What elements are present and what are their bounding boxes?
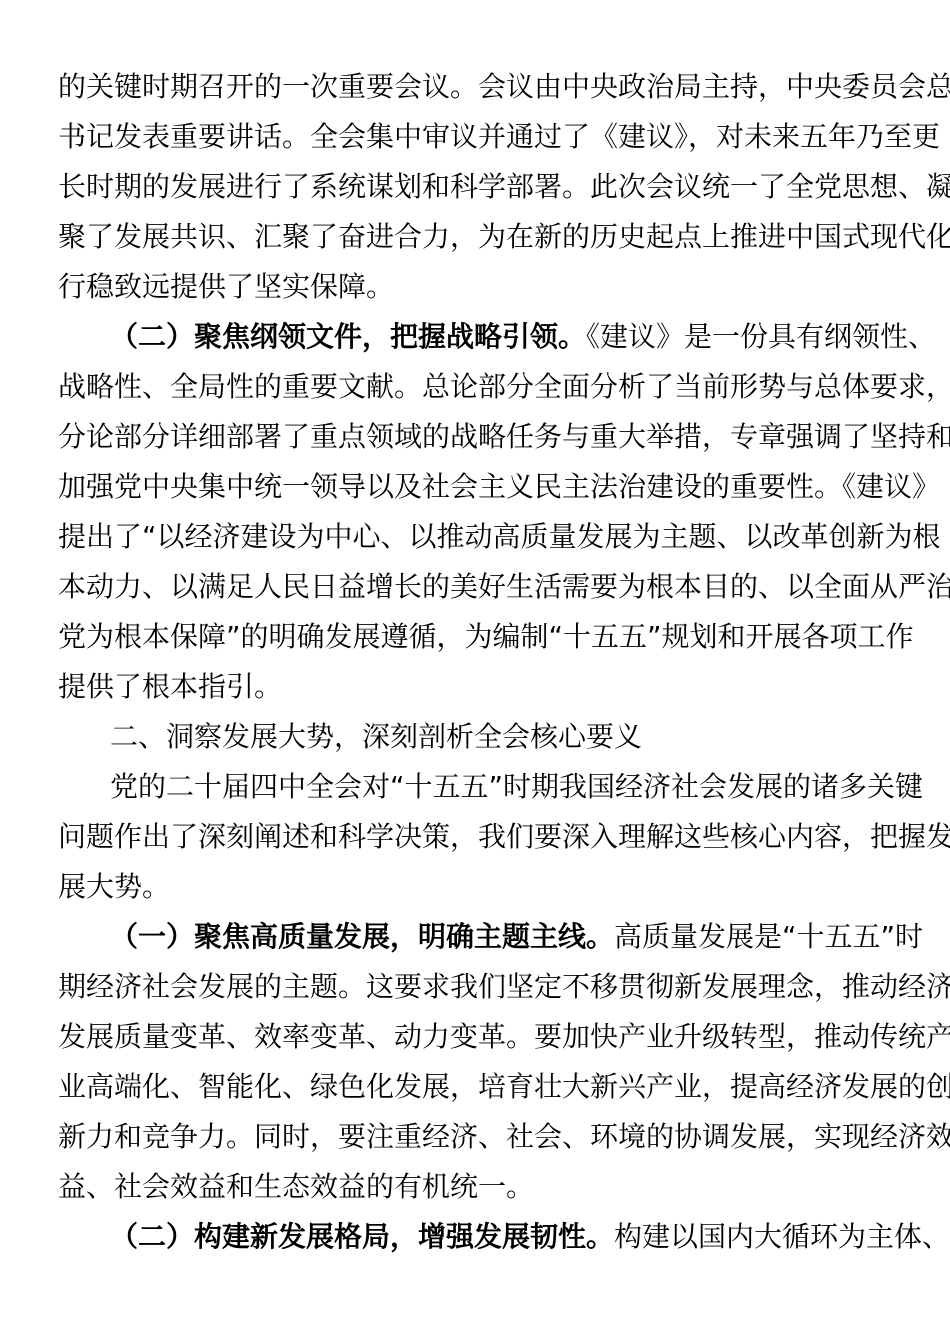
text-run: 加强党中央集中统一领导以及社会主义民主法治建设的重要性。《建议》 [58, 470, 940, 503]
text-run: 构建以国内大循环为主体、 [614, 1220, 950, 1253]
text-line: 提供了根本指引。 [58, 662, 875, 712]
text-line: 分论部分详细部署了重点领域的战略任务与重大举措，专章强调了坚持和 [58, 412, 875, 462]
text-line: 益、社会效益和生态效益的有机统一。 [58, 1162, 875, 1212]
text-line: 党为根本保障”的明确发展遵循，为编制“十五五”规划和开展各项工作 [58, 612, 875, 662]
text-line: 战略性、全局性的重要文献。总论部分全面分析了当前形势与总体要求， [58, 362, 875, 412]
text-line: 书记发表重要讲话。全会集中审议并通过了《建议》，对未来五年乃至更 [58, 112, 875, 162]
text-run: 本动力、以满足人民日益增长的美好生活需要为根本目的、以全面从严治 [58, 570, 950, 603]
text-run: 提供了根本指引。 [58, 670, 282, 703]
text-line: 问题作出了深刻阐述和科学决策，我们要深入理解这些核心内容，把握发 [58, 812, 875, 862]
text-line: （二）构建新发展格局，增强发展韧性。构建以国内大循环为主体、 [58, 1212, 875, 1262]
text-run: 《建议》是一份具有纲领性、 [586, 320, 936, 353]
text-line: 本动力、以满足人民日益增长的美好生活需要为根本目的、以全面从严治 [58, 562, 875, 612]
text-run: 提出了“以经济建设为中心、以推动高质量发展为主题、以改革创新为根 [58, 520, 941, 553]
text-run: 行稳致远提供了坚实保障。 [58, 270, 394, 303]
text-line: 聚了发展共识、汇聚了奋进合力，为在新的历史起点上推进中国式现代化 [58, 212, 875, 262]
text-run: 聚了发展共识、汇聚了奋进合力，为在新的历史起点上推进中国式现代化 [58, 220, 950, 253]
text-line: 加强党中央集中统一领导以及社会主义民主法治建设的重要性。《建议》 [58, 462, 875, 512]
text-run: 分论部分详细部署了重点领域的战略任务与重大举措，专章强调了坚持和 [58, 420, 950, 453]
text-run: 问题作出了深刻阐述和科学决策，我们要深入理解这些核心内容，把握发 [58, 820, 950, 853]
text-run: 新力和竞争力。同时，要注重经济、社会、环境的协调发展，实现经济效 [58, 1120, 950, 1153]
text-line: 长时期的发展进行了系统谋划和科学部署。此次会议统一了全党思想、凝 [58, 162, 875, 212]
text-line: 提出了“以经济建设为中心、以推动高质量发展为主题、以改革创新为根 [58, 512, 875, 562]
text-run: 展大势。 [58, 870, 170, 903]
text-run: 书记发表重要讲话。全会集中审议并通过了《建议》，对未来五年乃至更 [58, 120, 940, 153]
text-run: 高质量发展是“十五五”时 [614, 920, 923, 953]
heading-line: 二、洞察发展大势，深刻剖析全会核心要义 [58, 712, 875, 762]
bold-subheading: （二）构建新发展格局，增强发展韧性。 [110, 1220, 614, 1253]
text-line: 期经济社会发展的主题。这要求我们坚定不移贯彻新发展理念，推动经济 [58, 962, 875, 1012]
text-line: （一）聚焦高质量发展，明确主题主线。高质量发展是“十五五”时 [58, 912, 875, 962]
text-run: 战略性、全局性的重要文献。总论部分全面分析了当前形势与总体要求， [58, 370, 950, 403]
text-line: （二）聚焦纲领文件，把握战略引领。《建议》是一份具有纲领性、 [58, 312, 875, 362]
text-line: 行稳致远提供了坚实保障。 [58, 262, 875, 312]
text-line: 党的二十届四中全会对“十五五”时期我国经济社会发展的诸多关键 [58, 762, 875, 812]
heading-text: 二、洞察发展大势，深刻剖析全会核心要义 [110, 720, 642, 753]
text-line: 展大势。 [58, 862, 875, 912]
text-run: 业高端化、智能化、绿色化发展，培育壮大新兴产业，提高经济发展的创 [58, 1070, 950, 1103]
text-line: 发展质量变革、效率变革、动力变革。要加快产业升级转型，推动传统产 [58, 1012, 875, 1062]
text-run: 长时期的发展进行了系统谋划和科学部署。此次会议统一了全党思想、凝 [58, 170, 950, 203]
paragraph-high-quality-development: （一）聚焦高质量发展，明确主题主线。高质量发展是“十五五”时 期经济社会发展的主… [58, 912, 875, 1212]
text-run: 党的二十届四中全会对“十五五”时期我国经济社会发展的诸多关键 [110, 770, 923, 803]
paragraph-section-intro: 党的二十届四中全会对“十五五”时期我国经济社会发展的诸多关键 问题作出了深刻阐述… [58, 762, 875, 912]
text-run: 的关键时期召开的一次重要会议。会议由中央政治局主持，中央委员会总 [58, 70, 950, 103]
paragraph-strategic-guidance: （二）聚焦纲领文件，把握战略引领。《建议》是一份具有纲领性、 战略性、全局性的重… [58, 312, 875, 712]
document-page: 的关键时期召开的一次重要会议。会议由中央政治局主持，中央委员会总 书记发表重要讲… [58, 62, 875, 1262]
paragraph-meeting-summary: 的关键时期召开的一次重要会议。会议由中央政治局主持，中央委员会总 书记发表重要讲… [58, 62, 875, 312]
text-line: 业高端化、智能化、绿色化发展，培育壮大新兴产业，提高经济发展的创 [58, 1062, 875, 1112]
text-run: 期经济社会发展的主题。这要求我们坚定不移贯彻新发展理念，推动经济 [58, 970, 950, 1003]
text-line: 新力和竞争力。同时，要注重经济、社会、环境的协调发展，实现经济效 [58, 1112, 875, 1162]
section-heading: 二、洞察发展大势，深刻剖析全会核心要义 [58, 712, 875, 762]
text-run: 党为根本保障”的明确发展遵循，为编制“十五五”规划和开展各项工作 [58, 620, 914, 653]
bold-subheading: （一）聚焦高质量发展，明确主题主线。 [110, 920, 614, 953]
text-run: 发展质量变革、效率变革、动力变革。要加快产业升级转型，推动传统产 [58, 1020, 950, 1053]
text-line: 的关键时期召开的一次重要会议。会议由中央政治局主持，中央委员会总 [58, 62, 875, 112]
bold-subheading: （二）聚焦纲领文件，把握战略引领。 [110, 320, 586, 353]
paragraph-new-development-pattern: （二）构建新发展格局，增强发展韧性。构建以国内大循环为主体、 [58, 1212, 875, 1262]
text-run: 益、社会效益和生态效益的有机统一。 [58, 1170, 534, 1203]
